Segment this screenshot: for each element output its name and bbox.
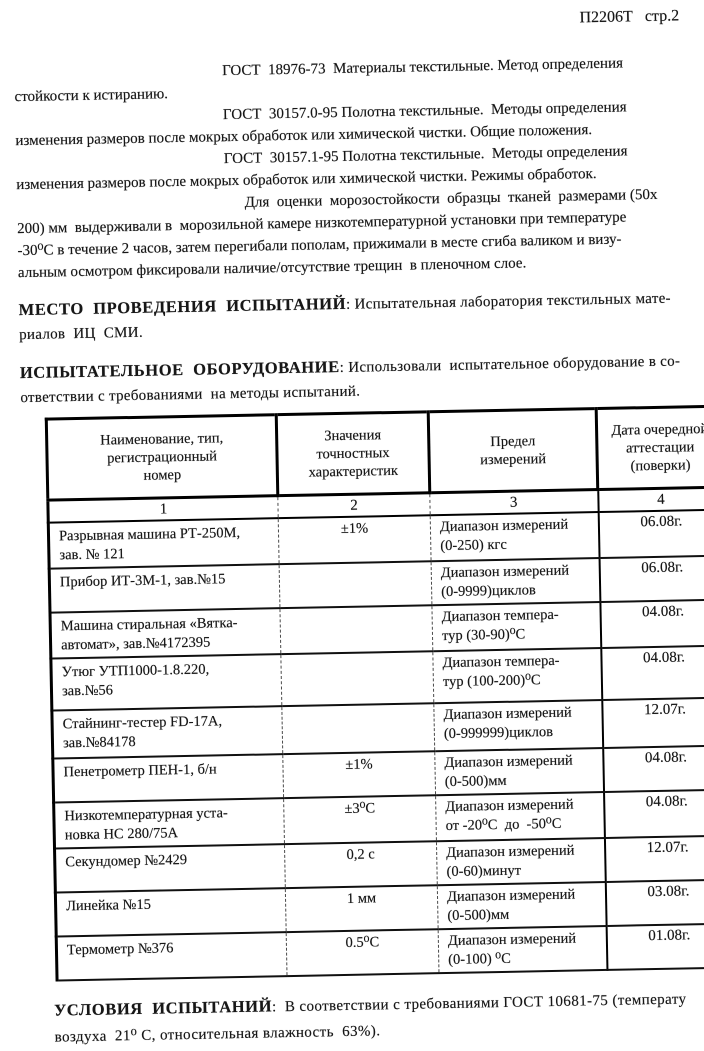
cell-accuracy: [281, 651, 434, 706]
cell-date: 12.07г.: [602, 698, 704, 748]
cell-range: Диапазон измерений (0-999999)циклов: [434, 700, 603, 751]
cell-range: Диапазон измерений (0-500)мм: [435, 748, 604, 795]
cell-date: 04.08г.: [603, 746, 704, 792]
cell-date: 04.08г.: [604, 790, 704, 838]
cell-accuracy: ±1%: [278, 515, 431, 564]
cell-date: 03.08г.: [605, 880, 704, 926]
cell-equipment-name: Термометр №376: [56, 932, 287, 980]
cell-accuracy: 0.5⁰С: [286, 929, 439, 976]
column-number: 2: [278, 493, 430, 518]
cell-date: 12.07г.: [604, 836, 704, 882]
cell-range: Диапазон измерений (0-100) ⁰С: [438, 926, 607, 973]
section-test-equipment-text: : Использовали испытательное оборудовани…: [340, 353, 681, 376]
page-number: П2206Т стр.2: [13, 5, 695, 40]
cell-equipment-name: Разрывная машина РТ-250М, зав. № 121: [48, 518, 279, 568]
section-test-place: МЕСТО ПРОВЕДЕНИЯ ИСПЫТАНИЙ: Испытательна…: [18, 285, 701, 347]
column-number: 3: [430, 490, 598, 516]
table-header-date: Дата очередной аттестации (поверки): [596, 406, 704, 489]
column-number: 4: [598, 487, 704, 512]
cell-date: 06.08г.: [598, 510, 704, 558]
equipment-table: Наименование, тип, регистрационный номер…: [45, 405, 704, 982]
cell-range: Диапазон измерений (0-60)минут: [436, 838, 605, 885]
cell-equipment-name: Стайнинг-тестер FD-17А, зав.№84178: [52, 706, 283, 758]
cell-accuracy: ±3⁰С: [284, 795, 437, 844]
cell-date: 04.08г.: [601, 646, 704, 700]
cell-equipment-name: Машина стиральная «Вятка- автомат», зав.…: [50, 608, 281, 658]
cell-equipment-name: Прибор ИТ-3М-1, зав.№15: [49, 564, 280, 612]
table-header-row: Наименование, тип, регистрационный номер…: [46, 406, 704, 500]
section-test-conditions: УСЛОВИЯ ИСПЫТАНИЙ: В соответствии с треб…: [32, 985, 704, 1051]
cell-accuracy: 0,2 с: [284, 841, 437, 888]
cell-accuracy: [282, 703, 435, 754]
cell-range: Диапазон измерений от -20⁰С до -50⁰С: [436, 792, 605, 841]
cell-equipment-name: Секундомер №2429: [55, 844, 286, 892]
table-header-accuracy: Значения точностных характеристик: [276, 412, 430, 496]
cell-date: 06.08г.: [599, 556, 704, 602]
cell-equipment-name: Низкотемпературная уста- новка НС 280/75…: [54, 798, 285, 848]
cell-accuracy: [280, 605, 433, 654]
cell-range: Диапазон темпера- тур (30-90)⁰С: [432, 602, 601, 651]
cell-equipment-name: Пенетрометр ПЕН-1, б/н: [53, 754, 284, 802]
cell-equipment-name: Утюг УТП1000-1.8.220, зав.№56: [51, 654, 282, 710]
table-header-name: Наименование, тип, регистрационный номер: [46, 415, 278, 500]
section-test-place-text: : Испытательная лаборатория текстильных …: [346, 291, 671, 313]
cell-range: Диапазон измерений (0-500)мм: [437, 882, 606, 929]
cell-range: Диапазон темпера- тур (100-200)⁰С: [433, 648, 602, 703]
cell-accuracy: ±1%: [283, 751, 436, 798]
section-test-equipment: ИСПЫТАТЕЛЬНОЕ ОБОРУДОВАНИЕ: Использовали…: [20, 348, 703, 410]
section-test-place-title: МЕСТО ПРОВЕДЕНИЯ ИСПЫТАНИЙ: [18, 294, 346, 319]
cell-date: 04.08г.: [600, 600, 704, 648]
scanned-page: П2206Т стр.2 ГОСТ 18976-73 Материалы тек…: [0, 0, 704, 1051]
cell-range: Диапазон измерений (0-9999)циклов: [431, 558, 600, 605]
cell-accuracy: 1 мм: [285, 885, 438, 932]
cell-equipment-name: Линейка №15: [55, 888, 286, 936]
cell-accuracy: [279, 561, 432, 608]
cell-range: Диапазон измерений (0-250) кгс: [430, 512, 599, 561]
standards-paragraphs: ГОСТ 18976-73 Материалы текстильные. Мет…: [14, 51, 700, 284]
section-test-conditions-text: : В соответствии с требованиями ГОСТ 106…: [272, 991, 687, 1015]
section-test-conditions-title: УСЛОВИЯ ИСПЫТАНИЙ: [54, 996, 272, 1019]
section-test-equipment-title: ИСПЫТАТЕЛЬНОЕ ОБОРУДОВАНИЕ: [20, 357, 340, 382]
table-header-range: Предел измерений: [428, 409, 598, 493]
cell-date: 01.08г.: [606, 924, 704, 970]
